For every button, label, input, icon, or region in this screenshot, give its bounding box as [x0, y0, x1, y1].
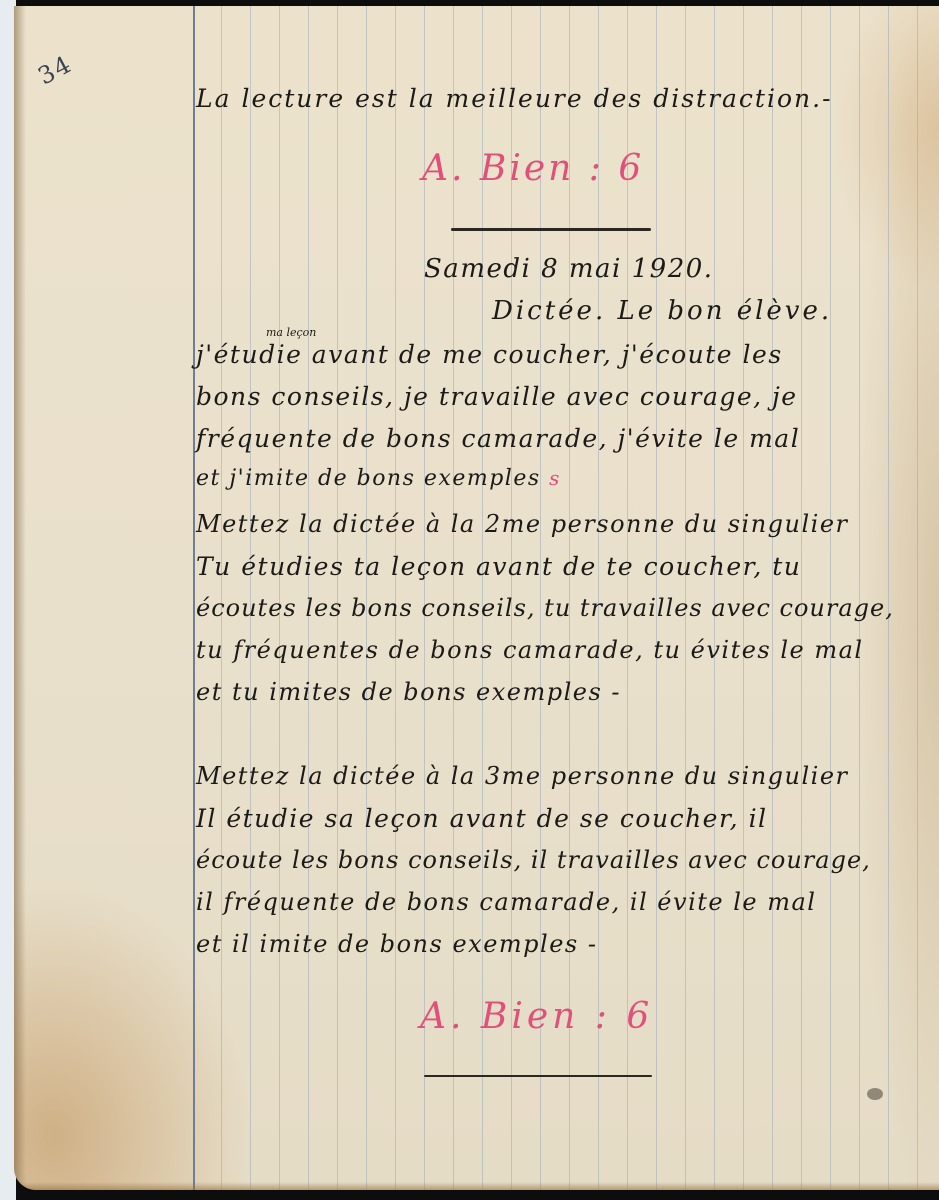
dictation-line: ma leçon j'étudie avant de me coucher, j… — [196, 340, 783, 369]
dictation-title: Dictée. Le bon élève. — [492, 296, 832, 326]
dictation-line: et tu imites de bons exemples - — [196, 678, 621, 706]
top-grade: A. Bien : 6 — [422, 148, 644, 189]
dictation-line: fréquente de bons camarade, j'évite le m… — [196, 424, 800, 453]
line-text: j'étudie avant de me coucher, j'écoute l… — [196, 340, 783, 369]
dictation-line: Il étudie sa leçon avant de se coucher, … — [196, 804, 768, 833]
page-bottom-edge — [14, 1182, 939, 1190]
dictation-line: Tu étudies ta leçon avant de te coucher,… — [196, 552, 801, 581]
instruction: Mettez la dictée à la 2me personne du si… — [196, 510, 849, 538]
ink-stain — [867, 1088, 883, 1100]
dictation-line: et j'imite de bons exemples s — [196, 466, 561, 491]
bottom-grade: A. Bien : 6 — [420, 996, 653, 1037]
separator-rule-top — [451, 228, 651, 231]
insertion-note: ma leçon — [266, 326, 316, 339]
dictation-date: Samedi 8 mai 1920. — [424, 254, 714, 284]
line-text: et j'imite de bons exemples — [196, 466, 541, 491]
line-text: fréquente de bons camarade, j'évite le m… — [196, 424, 800, 453]
dictation-line: écoute les bons conseils, il travailles … — [196, 846, 871, 874]
notebook-page: 34 La lecture est la meilleure des distr… — [14, 6, 939, 1190]
dictation-line: bons conseils, je travaille avec courage… — [196, 382, 798, 411]
dictation-line: écoutes les bons conseils, tu travailles… — [196, 594, 894, 622]
margin-line — [193, 6, 195, 1190]
separator-rule-bottom — [424, 1075, 652, 1077]
top-sentence: La lecture est la meilleure des distract… — [196, 84, 833, 113]
dictation-line: et il imite de bons exemples - — [196, 930, 597, 958]
correction-mark: s — [549, 466, 561, 490]
dictation-line: il fréquente de bons camarade, il évite … — [196, 888, 816, 916]
dictation-line: tu fréquentes de bons camarade, tu évite… — [196, 636, 864, 664]
instruction: Mettez la dictée à la 3me personne du si… — [196, 762, 849, 790]
